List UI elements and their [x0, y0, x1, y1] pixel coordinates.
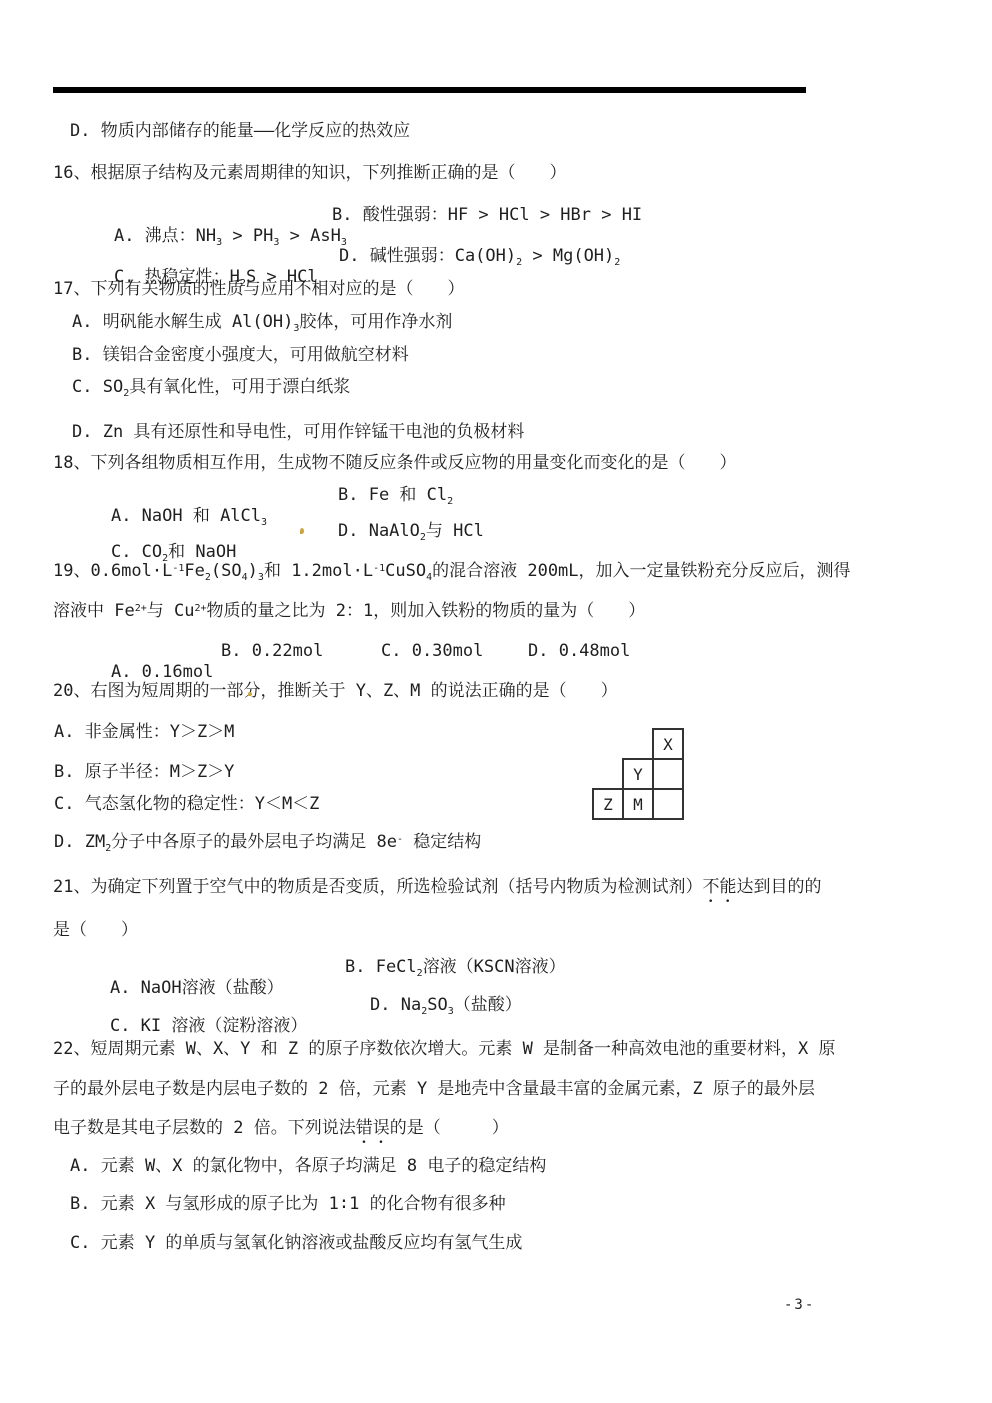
q16-option-b: B. 酸性强弱：HF > HCl > HBr > HI	[332, 205, 642, 226]
q17-option-c: C. SO2具有氧化性，可用于漂白纸浆	[72, 377, 350, 398]
q15-option-d: D. 物质内部储存的能量——化学反应的热效应	[70, 121, 410, 142]
q18-option-d: D. NaAlO2与 HCl	[338, 521, 484, 542]
q20-option-a: A. 非金属性：Y＞Z＞M	[54, 722, 234, 743]
q20-option-b: B. 原子半径：M＞Z＞Y	[54, 762, 234, 783]
q22-option-a: A. 元素 W、X 的氯化物中，各原子均满足 8 电子的稳定结构	[70, 1156, 546, 1177]
q19-option-a: A. 0.16mol	[111, 662, 213, 682]
exam-document-page: D. 物质内部储存的能量——化学反应的热效应 16、根据原子结构及元素周期律的知…	[0, 0, 992, 1403]
diagram-cell-x: X	[652, 728, 684, 760]
diagram-cell-z: Z	[592, 788, 624, 820]
q19-options-row: A. 0.16mol B. 0.22mol C. 0.30mol D. 0.48…	[70, 641, 213, 767]
diagram-cell-empty-2	[652, 788, 684, 820]
diagram-cell-m: M	[622, 788, 654, 820]
page-number: -3-	[784, 1297, 815, 1313]
q22-stem-line2: 子的最外层电子数是内层电子数的 2 倍，元素 Y 是地壳中含量最丰富的金属元素，…	[53, 1079, 815, 1100]
q20-option-d: D. ZM2分子中各原子的最外层电子均满足 8e- 稳定结构	[54, 832, 481, 853]
q17-option-a: A. 明矾能水解生成 Al(OH)3胶体，可用作净水剂	[72, 312, 452, 333]
q22-option-c: C. 元素 Y 的单质与氢氧化钠溶液或盐酸反应均有氢气生成	[70, 1233, 522, 1254]
q19-option-c: C. 0.30mol	[381, 641, 483, 662]
periodic-table-fragment: X Y Z M	[592, 728, 686, 822]
top-rule	[53, 87, 806, 93]
q19-stem-line2: 溶液中 Fe2+与 Cu2+物质的量之比为 2：1，则加入铁粉的物质的量为（ ）	[53, 601, 645, 622]
diagram-cell-empty-1	[652, 758, 684, 790]
q18-stem: 18、下列各组物质相互作用，生成物不随反应条件或反应物的用量变化而变化的是（ ）	[53, 453, 736, 474]
q16-stem: 16、根据原子结构及元素周期律的知识，下列推断正确的是（ ）	[53, 163, 566, 184]
q17-stem: 17、下列有关物质的性质与应用不相对应的是（ ）	[53, 279, 464, 300]
q20-option-c: C. 气态氢化物的稳定性：Y＜M＜Z	[54, 794, 319, 815]
q19-option-d: D. 0.48mol	[528, 641, 630, 662]
q22-stem-line3: 电子数是其电子层数的 2 倍。下列说法错误的是（ ）	[53, 1118, 509, 1148]
q19-option-b: B. 0.22mol	[221, 641, 323, 662]
q21-stem-line2: 是（ ）	[53, 920, 138, 941]
q21-option-b: B. FeCl2溶液（KSCN溶液）	[345, 957, 566, 978]
q21-option-d: D. Na2SO3（盐酸）	[370, 995, 522, 1016]
q21-stem-line1: 21、为确定下列置于空气中的物质是否变质，所选检验试剂（括号内物质为检测试剂）不…	[53, 877, 821, 907]
q19-stem-line1: 19、0.6mol·L-1Fe2(SO4)3和 1.2mol·L-1CuSO4的…	[53, 561, 851, 582]
q20-stem: 20、右图为短周期的一部分，推断关于 Y、Z、M 的说法正确的是（ ）	[53, 681, 618, 702]
q22-stem-line1: 22、短周期元素 W、X、Y 和 Z 的原子序数依次增大。元素 W 是制备一种高…	[53, 1039, 836, 1060]
q16-option-a: A. 沸点：NH3 > PH3 > AsH3	[114, 226, 347, 246]
stray-mark-1	[300, 528, 304, 534]
q18-option-c: C. CO2和 NaOH	[111, 542, 236, 562]
q17-option-d: D. Zn 具有还原性和导电性，可用作锌锰干电池的负极材料	[72, 422, 524, 443]
q21-options-row-cd: C. KI 溶液（淀粉溶液） D. Na2SO3（盐酸）	[69, 995, 307, 1079]
q18-option-b: B. Fe 和 Cl2	[338, 485, 453, 506]
q16-option-d: D. 碱性强弱：Ca(OH)2 > Mg(OH)2	[339, 246, 620, 267]
stray-mark-2	[248, 692, 252, 696]
q21-option-c: C. KI 溶液（淀粉溶液）	[110, 1016, 307, 1036]
q22-option-b: B. 元素 X 与氢形成的原子比为 1∶1 的化合物有很多种	[70, 1194, 506, 1215]
q17-option-b: B. 镁铝合金密度小强度大，可用做航空材料	[72, 345, 409, 366]
diagram-cell-y: Y	[622, 758, 654, 790]
